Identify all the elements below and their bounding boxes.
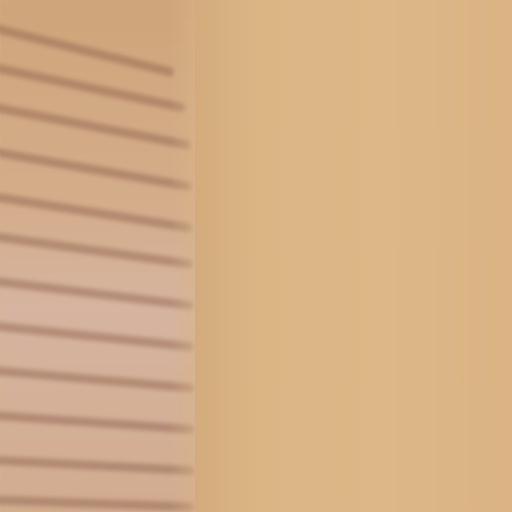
printed-text-line xyxy=(0,20,175,77)
book-photo xyxy=(0,0,512,512)
printed-text-line xyxy=(0,145,193,191)
blank-page xyxy=(195,0,512,512)
printed-text-line xyxy=(0,455,195,475)
printed-text-line xyxy=(0,190,193,233)
printed-text-line xyxy=(0,275,194,310)
printed-text-line xyxy=(0,230,194,269)
printed-text-line xyxy=(0,365,195,393)
printed-text-line xyxy=(0,495,195,511)
printed-text-line xyxy=(0,410,195,434)
printed-text-line xyxy=(0,320,194,351)
